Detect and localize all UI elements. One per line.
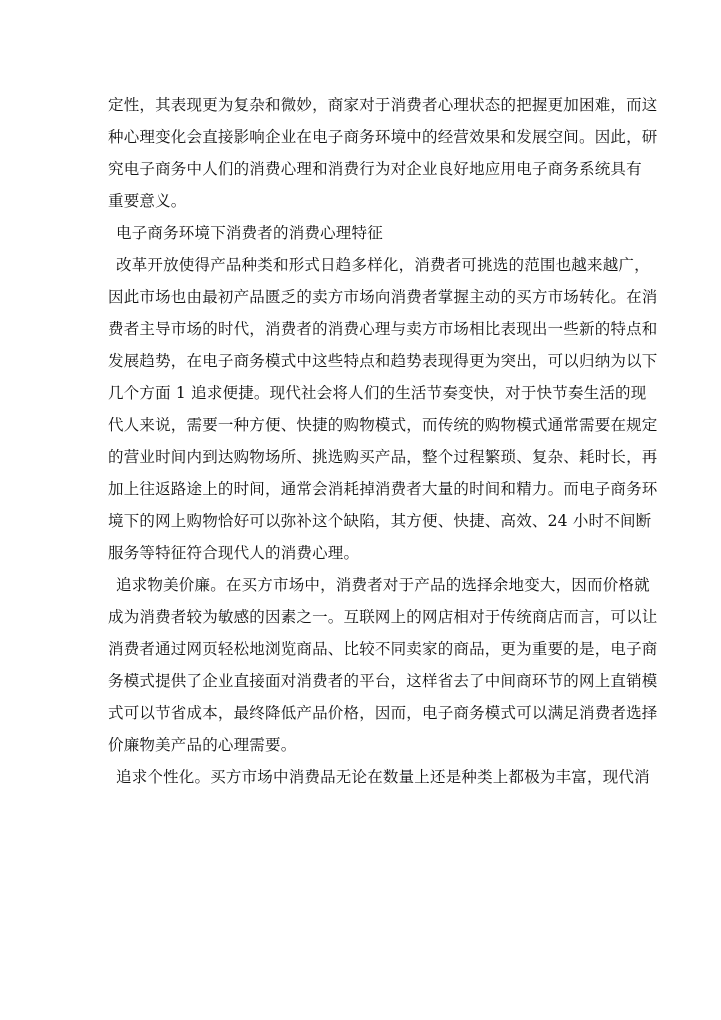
text-line: 成为消费者较为敏感的因素之一。互联网上的网店相对于传统商店而言，可以让	[108, 604, 614, 636]
document-page: 定性，其表现更为复杂和微妙，商家对于消费者心理状态的把握更加困难，而这 种心理变…	[108, 92, 614, 796]
text-line: 式可以节省成本，最终降低产品价格，因而，电子商务模式可以满足消费者选择	[108, 700, 614, 732]
text-line: 价廉物美产品的心理需要。	[108, 732, 614, 764]
text-line: 服务等特征符合现代人的消费心理。	[108, 540, 614, 572]
text-line: 因此市场也由最初产品匮乏的卖方市场向消费者掌握主动的买方市场转化。在消	[108, 284, 614, 316]
text-line: 改革开放使得产品种类和形式日趋多样化，消费者可挑选的范围也越来越广，	[108, 252, 614, 284]
text-line: 的营业时间内到达购物场所、挑选购买产品，整个过程繁琐、复杂、耗时长，再	[108, 444, 614, 476]
text-line: 境下的网上购物恰好可以弥补这个缺陷，其方便、快捷、高效、24 小时不间断	[108, 508, 614, 540]
text-line: 消费者通过网页轻松地浏览商品、比较不同卖家的商品，更为重要的是，电子商	[108, 636, 614, 668]
text-line: 务模式提供了企业直接面对消费者的平台，这样省去了中间商环节的网上直销模	[108, 668, 614, 700]
text-line: 发展趋势，在电子商务模式中这些特点和趋势表现得更为突出，可以归纳为以下	[108, 348, 614, 380]
text-line: 种心理变化会直接影响企业在电子商务环境中的经营效果和发展空间。因此，研	[108, 124, 614, 156]
section-heading: 电子商务环境下消费者的消费心理特征	[108, 220, 614, 252]
text-line: 几个方面 1 追求便捷。现代社会将人们的生活节奏变快，对于快节奏生活的现	[108, 380, 614, 412]
text-line: 重要意义。	[108, 188, 614, 220]
text-line: 究电子商务中人们的消费心理和消费行为对企业良好地应用电子商务系统具有	[108, 156, 614, 188]
text-line: 代人来说，需要一种方便、快捷的购物模式，而传统的购物模式通常需要在规定	[108, 412, 614, 444]
text-line: 追求物美价廉。在买方市场中，消费者对于产品的选择余地变大，因而价格就	[108, 572, 614, 604]
text-line: 加上往返路途上的时间，通常会消耗掉消费者大量的时间和精力。而电子商务环	[108, 476, 614, 508]
text-line: 定性，其表现更为复杂和微妙，商家对于消费者心理状态的把握更加困难，而这	[108, 92, 614, 124]
text-line: 费者主导市场的时代，消费者的消费心理与卖方市场相比表现出一些新的特点和	[108, 316, 614, 348]
text-line: 追求个性化。买方市场中消费品无论在数量上还是种类上都极为丰富，现代消	[108, 764, 614, 796]
